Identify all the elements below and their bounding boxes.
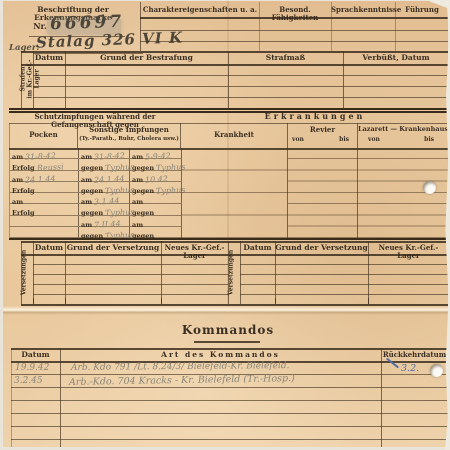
impfung-cell: am31-8-42 [79, 148, 130, 159]
versetzungen-side-label-right: Versetzungen [229, 243, 240, 303]
impfung-cell: am5-9-42 [130, 148, 182, 159]
impfung-cell: am [10, 193, 79, 204]
fuehrung-header: Führung [395, 6, 449, 14]
kommando-art-2: Arb.-Kdo. 704 Kracks - Kr. Bielefeld (Tr… [69, 373, 295, 388]
verbuesst-header: Verbüßt, Datum [343, 54, 449, 62]
versetzung-datum-header-right: Datum [240, 244, 275, 252]
krankheit-column-header: Krankheit [181, 123, 288, 148]
impfung-cell: Erfolg [10, 204, 79, 215]
revier-column-header: Revier von bis [288, 123, 358, 148]
kommando-datum-2: 3.2.45 [14, 376, 43, 386]
kommandos-title: Kommandos [128, 324, 328, 337]
horizontal-fold-crease [3, 306, 448, 315]
lager-value-handwritten: Stalag 326 VI K [36, 28, 184, 51]
versetzungen-side-label-left: Versetzungen [22, 243, 33, 303]
strafen-datum-header: Datum [33, 54, 65, 62]
revier-rows [288, 148, 358, 238]
versetzung-neues-header-right: Neues Kr.-Gef.-Lager [368, 244, 449, 259]
impfung-cell: am [130, 216, 182, 227]
sonstige-column-header: Sonstige Impfungen (Ty.-Parath., Ruhr, C… [78, 123, 181, 148]
kommandos-art-header: Art des Kommandos [60, 351, 381, 359]
versetzung-grund-header-right: Grund der Versetzung [275, 244, 368, 252]
erkrankungen-title: Erkrankungen [181, 112, 449, 121]
kommando-datum-1: 19.9.42 [15, 363, 49, 373]
versetzung-neues-header-left: Neues Kr.-Gef.-Lager [161, 244, 228, 259]
charaktereigenschaften-header: Charaktereigenschaften u. a. [141, 6, 259, 14]
impfung-cell: gegen [130, 204, 182, 215]
impfung-cell [10, 216, 79, 227]
strafmass-header: Strafmaß [228, 54, 343, 62]
kommandos-rueckkehr-header: Rückkehrdatum [381, 351, 448, 359]
impfungen-grid: am31-8-42 am31-8-42 am5-9-42 ErfolgReuss… [9, 148, 182, 238]
blue-ink-mark [386, 358, 399, 369]
impfung-cell: am31-8-42 [10, 148, 79, 159]
krankheit-rows [181, 148, 288, 238]
kommando-art-1: Arb. Kdo 791 /Lt. 8.24/3/ Bielefeld-Kr. … [71, 361, 290, 373]
kommandos-datum-header: Datum [11, 351, 60, 359]
hole-punch [430, 364, 443, 377]
nr-label: Nr. [33, 22, 47, 31]
lazarett-rows [358, 148, 448, 238]
card-paper: Beschriftung der Erkennungsmarke Nr. 666… [3, 1, 448, 447]
sprachkenntnisse-header: Sprachkenntnisse [331, 6, 395, 14]
strafen-grund-header: Grund der Bestrafung [65, 54, 228, 62]
versetzung-grund-header-left: Grund der Versetzung [65, 244, 161, 252]
faehigkeiten-header: Besond. Fähigkeiten [259, 6, 331, 21]
impfung-cell: gegen [130, 227, 182, 238]
impfung-cell [10, 227, 79, 238]
versetzung-datum-header-left: Datum [33, 244, 65, 252]
vertical-fold-crease [227, 1, 229, 307]
lazarett-column-header: Lazarett — Krankenhaus von bis [358, 123, 448, 148]
hole-punch [423, 181, 436, 194]
kommando-rueckkehr-1: 3.2. [401, 363, 419, 374]
pow-record-card-scan: Beschriftung der Erkennungsmarke Nr. 666… [0, 0, 450, 450]
pocken-column-header: Pocken [9, 123, 78, 148]
